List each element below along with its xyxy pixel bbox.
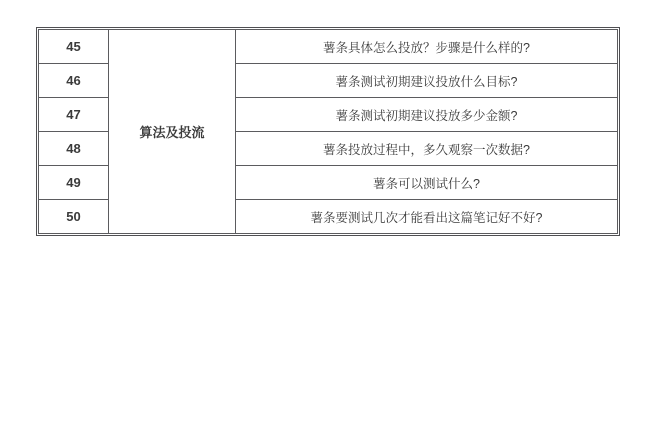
question-cell: 薯条测试初期建议投放多少金额?	[236, 98, 618, 132]
faq-table: 45 算法及投流 薯条具体怎么投放？步骤是什么样的? 46 薯条测试初期建议投放…	[38, 29, 618, 234]
row-number-cell: 45	[39, 30, 109, 64]
question-cell: 薯条测试初期建议投放什么目标?	[236, 64, 618, 98]
category-cell: 算法及投流	[109, 30, 236, 234]
row-number-cell: 49	[39, 166, 109, 200]
faq-table-container: 45 算法及投流 薯条具体怎么投放？步骤是什么样的? 46 薯条测试初期建议投放…	[36, 27, 620, 236]
page: { "page": { "background_color": "#ffffff…	[0, 0, 649, 436]
question-cell: 薯条可以测试什么?	[236, 166, 618, 200]
question-cell: 薯条投放过程中，多久观察一次数据?	[236, 132, 618, 166]
row-number-cell: 46	[39, 64, 109, 98]
row-number-cell: 48	[39, 132, 109, 166]
row-number-cell: 47	[39, 98, 109, 132]
row-number-cell: 50	[39, 200, 109, 234]
question-cell: 薯条具体怎么投放？步骤是什么样的?	[236, 30, 618, 64]
question-cell: 薯条要测试几次才能看出这篇笔记好不好?	[236, 200, 618, 234]
table-row: 45 算法及投流 薯条具体怎么投放？步骤是什么样的?	[39, 30, 618, 64]
